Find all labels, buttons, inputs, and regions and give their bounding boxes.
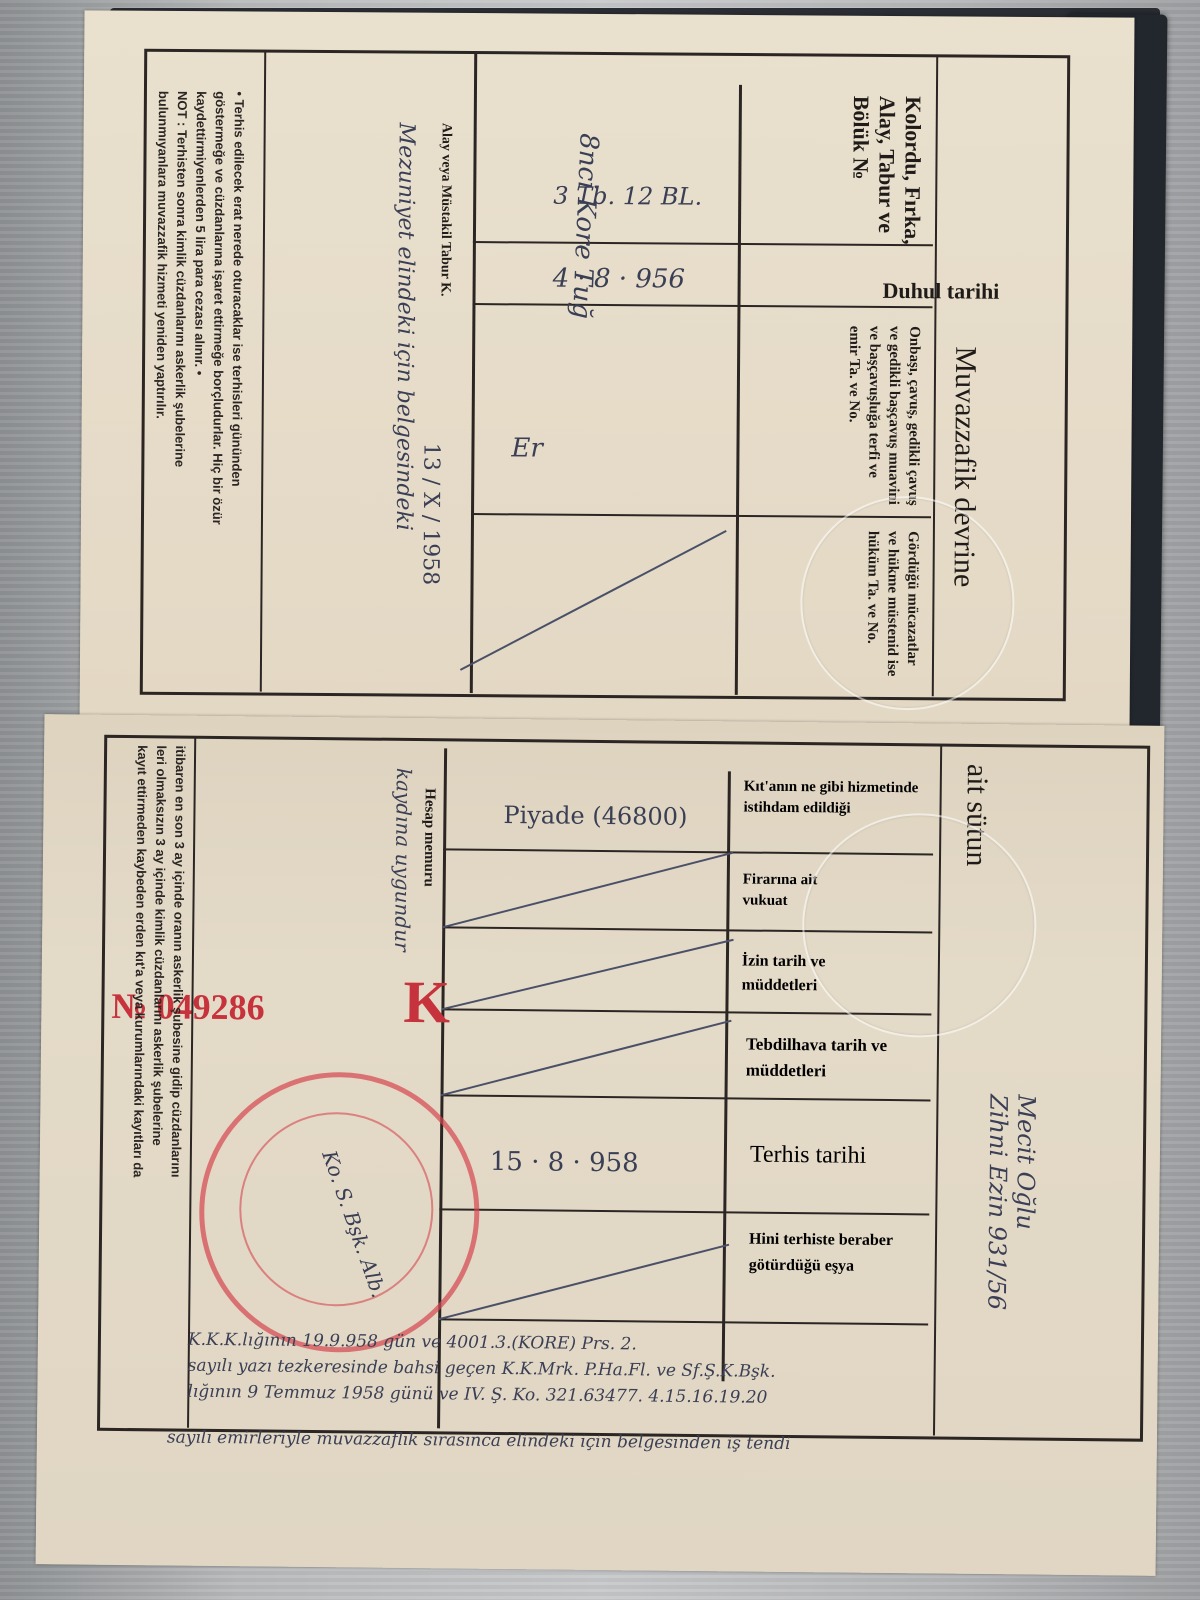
- accountant-label: Hesap memuru: [420, 788, 438, 887]
- notice-text: • Terhis edilecek erat nerede oturacakla…: [151, 91, 249, 525]
- commander-note: Mezuniyet elindeki için belgesindeki: [391, 123, 419, 531]
- notice-line: göstermeğe ve cüzdanlarına işaret ettirm…: [208, 91, 230, 525]
- field-label-service: Kıt'anın ne gibi hizmetinde istihdam edi…: [743, 776, 923, 820]
- notice-text: itibaren en son 3 ay içinde oranın asker…: [129, 745, 191, 1178]
- value-rank: Er: [511, 433, 543, 463]
- series-letter: K: [403, 968, 450, 1037]
- value-unit-line2: 3 Tb. 12 BL.: [553, 182, 702, 211]
- side-note-line2: Zihni Ezin 931/56: [982, 1094, 1012, 1310]
- embossed-seal: [801, 812, 1037, 1038]
- notice-line: • Terhis edilecek erat nerede oturacakla…: [227, 91, 249, 525]
- accountant-note: kaydına uygundur: [390, 768, 416, 952]
- commander-label: Alay veya Müstakil Tabur K.: [437, 123, 454, 297]
- value-discharge-date: 15 · 8 · 958: [490, 1147, 639, 1179]
- field-label-entry-date: Duhul tarihi: [882, 278, 999, 305]
- side-note-line1: Mecit Oğlu: [1011, 1094, 1040, 1230]
- top-page: Muvazzafik devrine Kolordu, Fırka, Alay,…: [79, 10, 1134, 737]
- notice-line: NOT : Terhisten sonra kimlik cüzdanların…: [170, 91, 192, 525]
- commander-date: 13 / X / 1958: [418, 443, 444, 586]
- embossed-seal: [800, 495, 1015, 710]
- value-entry-date: 4 · 8 · 956: [553, 264, 686, 295]
- field-label-belongings: Hini terhiste beraber götürdüğü eşya: [749, 1227, 930, 1281]
- field-label-unit: Kolordu, Fırka, Alay, Tabur ve Bölük №: [847, 96, 926, 247]
- bottom-page: ait sütun Kıt'anın ne gibi hizmetinde is…: [36, 714, 1165, 1576]
- value-service: Piyade (46800): [503, 801, 687, 831]
- field-label-promotion: Onbaşı, çavuş, gedikli çavuş ve gedikli …: [843, 326, 924, 507]
- field-label-discharge-date: Terhis tarihi: [750, 1142, 867, 1170]
- field-label-sick-leave: Tebdilhava tarih ve müddetleri: [746, 1032, 927, 1086]
